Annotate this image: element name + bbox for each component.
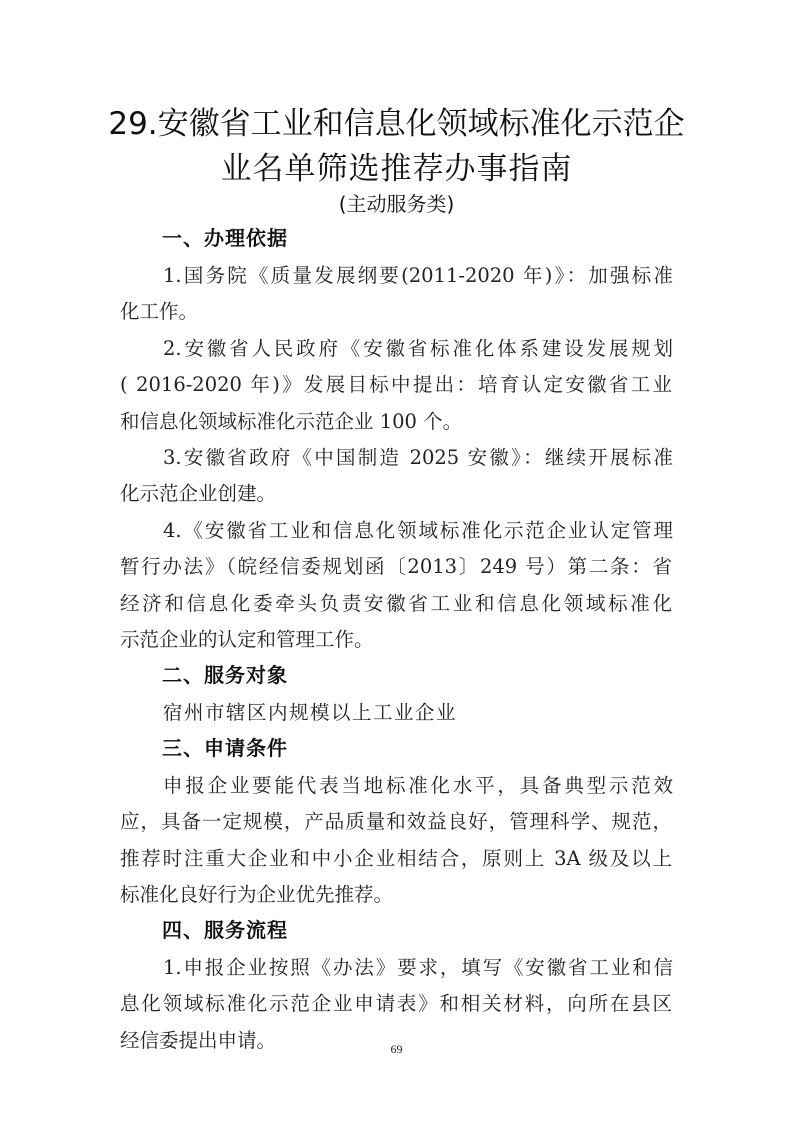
document-title-line-2: 业名单筛选推荐办事指南 bbox=[0, 143, 793, 188]
paragraph-line: 申报企业要能代表当地标准化水平，具备典型示范效 bbox=[163, 770, 673, 798]
paragraph-line: ( 2016-2020 年)》发展目标中提出：培育认定安徽省工业 bbox=[120, 369, 672, 397]
paragraph-line: 化工作。 bbox=[120, 296, 198, 324]
section-heading-service-target: 二、服务对象 bbox=[162, 659, 288, 688]
paragraph-line: 经济和信息化委牵头负责安徽省工业和信息化领域标准化 bbox=[120, 588, 672, 616]
document-subtitle: (主动服务类) bbox=[0, 188, 793, 217]
section-heading-conditions: 三、申请条件 bbox=[162, 732, 288, 761]
paragraph-line: 示范企业的认定和管理工作。 bbox=[120, 624, 374, 652]
section-heading-process: 四、服务流程 bbox=[162, 914, 288, 943]
paragraph-line: 化示范企业创建。 bbox=[120, 478, 276, 506]
paragraph-line: 1.申报企业按照《办法》要求，填写《安徽省工业和信 bbox=[163, 952, 673, 980]
paragraph-line: 和信息化领域标准化示范企业 100 个。 bbox=[120, 406, 462, 434]
paragraph-line: 2.安徽省人民政府《安徽省标准化体系建设发展规划 bbox=[163, 333, 673, 361]
document-page: 29.安徽省工业和信息化领域标准化示范企 业名单筛选推荐办事指南 (主动服务类)… bbox=[0, 0, 793, 1122]
paragraph-line: 标准化良好行为企业优先推荐。 bbox=[120, 879, 393, 907]
paragraph-line: 应，具备一定规模，产品质量和效益良好，管理科学、规范， bbox=[120, 806, 672, 834]
paragraph-line: 暂行办法》（皖经信委规划函〔2013〕249 号）第二条：省 bbox=[120, 551, 672, 579]
paragraph-line: 推荐时注重大企业和中小企业相结合，原则上 3A 级及以上 bbox=[120, 843, 672, 871]
section-heading-basis: 一、办理依据 bbox=[162, 222, 288, 251]
paragraph-line: 1.国务院《质量发展纲要(2011-2020 年)》：加强标准 bbox=[163, 260, 673, 288]
paragraph-line: 息化领域标准化示范企业申请表》和相关材料，向所在县区 bbox=[120, 988, 672, 1016]
paragraph-line: 3.安徽省政府《中国制造 2025 安徽》：继续开展标准 bbox=[163, 442, 673, 470]
page-number: 69 bbox=[0, 1042, 793, 1057]
paragraph-line: 宿州市辖区内规模以上工业企业 bbox=[163, 697, 457, 725]
paragraph-line: 4.《安徽省工业和信息化领域标准化示范企业认定管理 bbox=[163, 515, 673, 543]
document-title-line-1: 29.安徽省工业和信息化领域标准化示范企 bbox=[0, 98, 793, 143]
